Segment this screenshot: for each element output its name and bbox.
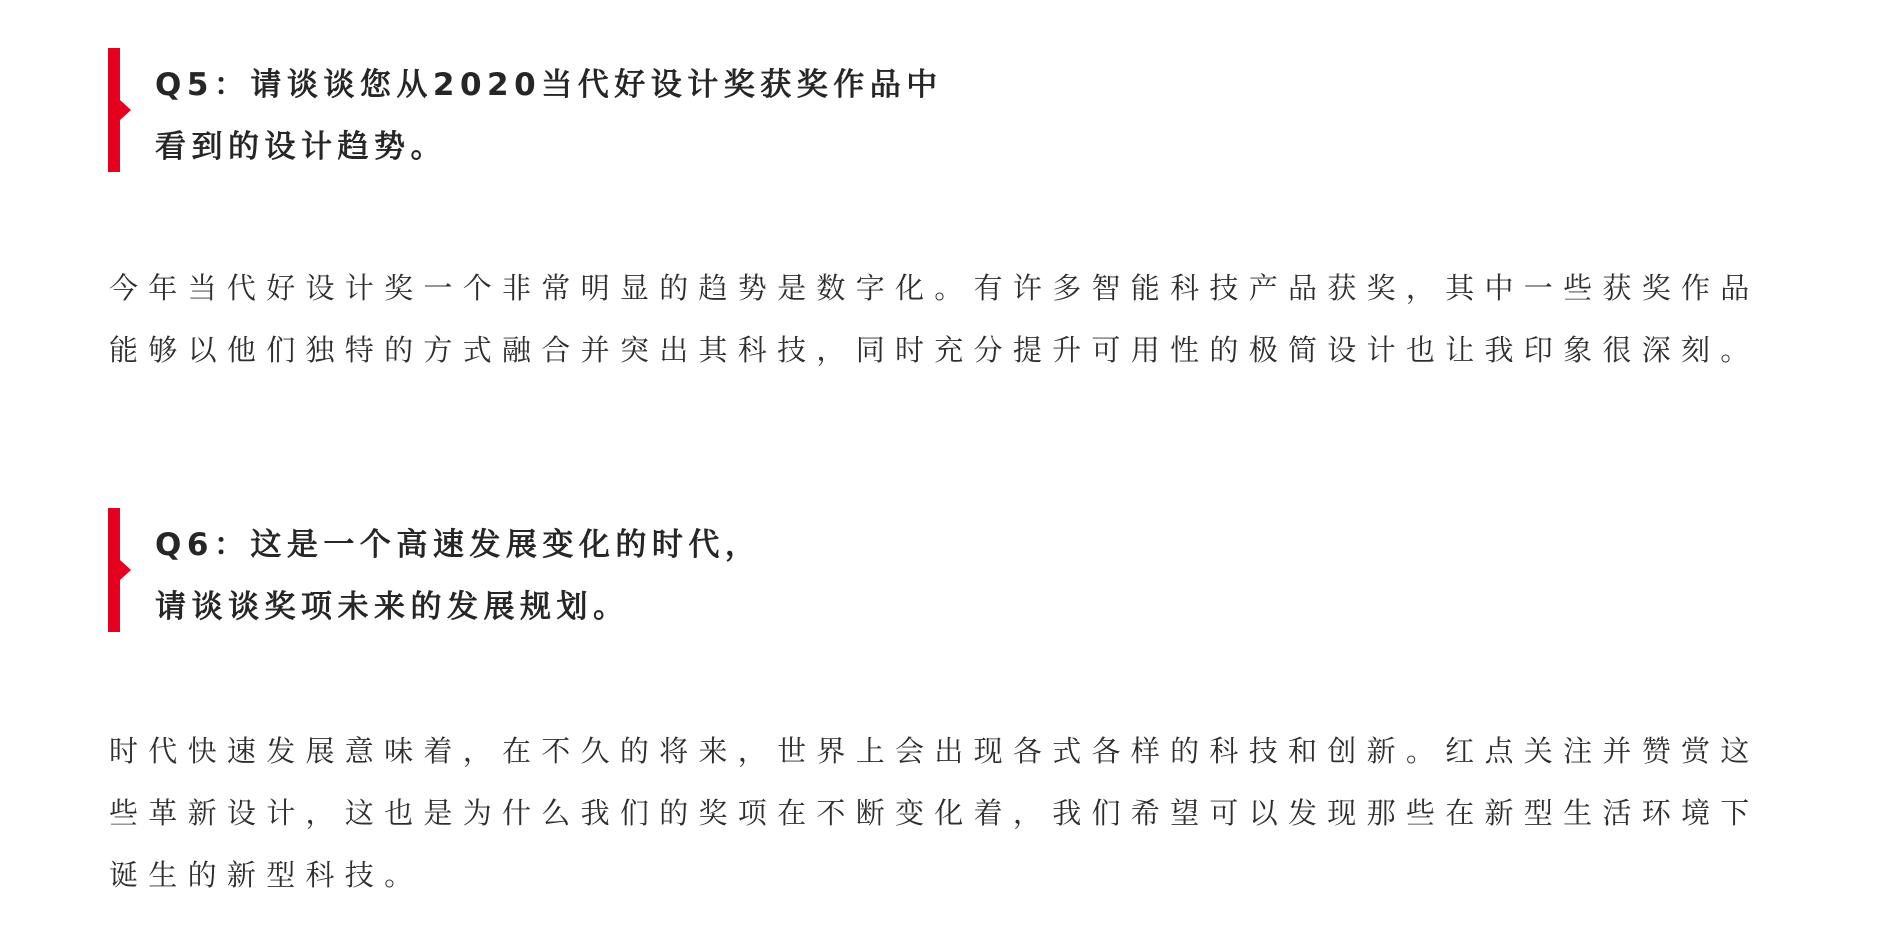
question-line: Q6：这是一个高速发展变化的时代，	[155, 514, 761, 576]
question-line: 看到的设计趋势。	[155, 116, 943, 178]
answer-line: 能够以他们独特的方式融合并突出其科技，同时充分提升可用性的极简设计也让我印象很深…	[109, 319, 1819, 381]
question-line: Q5：请谈谈您从2020当代好设计奖获奖作品中	[155, 54, 943, 116]
answer-paragraph-q6: 时代快速发展意味着，在不久的将来，世界上会出现各式各样的科技和创新。红点关注并赞…	[109, 720, 1819, 906]
red-accent-bar-marker-icon	[108, 48, 120, 172]
question-title-q6: Q6：这是一个高速发展变化的时代， 请谈谈奖项未来的发展规划。	[155, 514, 761, 638]
question-title-q5: Q5：请谈谈您从2020当代好设计奖获奖作品中 看到的设计趋势。	[155, 54, 943, 178]
answer-line: 诞生的新型科技。	[109, 844, 1819, 906]
question-line: 请谈谈奖项未来的发展规划。	[155, 576, 761, 638]
question-heading-q6: Q6：这是一个高速发展变化的时代， 请谈谈奖项未来的发展规划。	[108, 508, 1208, 632]
answer-paragraph-q5: 今年当代好设计奖一个非常明显的趋势是数字化。有许多智能科技产品获奖，其中一些获奖…	[109, 257, 1819, 381]
red-accent-bar-marker-icon	[108, 508, 120, 632]
answer-line: 些革新设计，这也是为什么我们的奖项在不断变化着，我们希望可以发现那些在新型生活环…	[109, 782, 1819, 844]
answer-line: 时代快速发展意味着，在不久的将来，世界上会出现各式各样的科技和创新。红点关注并赞…	[109, 720, 1819, 782]
question-heading-q5: Q5：请谈谈您从2020当代好设计奖获奖作品中 看到的设计趋势。	[108, 48, 1208, 172]
answer-line: 今年当代好设计奖一个非常明显的趋势是数字化。有许多智能科技产品获奖，其中一些获奖…	[109, 257, 1819, 319]
